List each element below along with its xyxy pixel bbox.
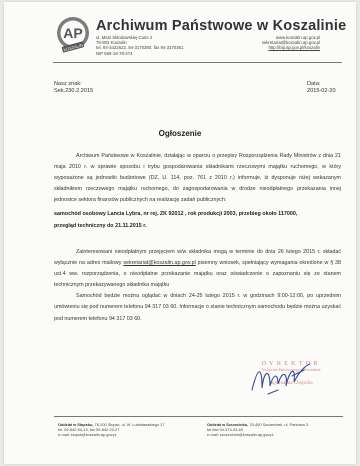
organization-contacts: www.koszalin.ap.gov.pl sekretariat@kosza…: [262, 35, 320, 51]
organization-name: Archiwum Państwowe w Koszalinie: [96, 18, 346, 34]
intro-paragraph: Archiwum Państwowe w Koszalinie, działaj…: [54, 151, 341, 206]
item-description: samochód osobowy Lancia Lybra, nr rej. Z…: [54, 209, 344, 232]
reference-value: Sek.230.2.2015: [54, 88, 93, 95]
svg-text:AP: AP: [63, 25, 82, 41]
slupsk-email: e-mail: slupsk@koszalin.ap.gov.pl: [58, 432, 164, 437]
address-phone: tel. 94-3422622, 94-3170380, fax 94-3170…: [96, 45, 183, 50]
reference-block: Nasz znak: Sek.230.2.2015: [54, 81, 93, 96]
header-divider: [53, 62, 342, 63]
application-paragraph: Zainteresowani nieodpłatnym przejęciem w…: [54, 247, 341, 291]
item-line-2: przegląd techniczny do 21.11.2015 r.: [54, 221, 344, 233]
footer-slupsk-branch: Oddział w Słupsku, 76-200 Słupsk, ul. W.…: [58, 422, 164, 437]
document-title: Ogłoszenie: [0, 129, 360, 138]
organization-address: ul. Marii Skłodowskiej-Curie 2 75-803 Ko…: [96, 35, 183, 56]
document-page: AP KOSZALIN Archiwum Państwowe w Koszali…: [4, 2, 356, 464]
item-line-1: samochód osobowy Lancia Lybra, nr rej. Z…: [54, 209, 344, 221]
szczecinek-street: 78-400 Szczecinek, ul. Parkowa 3: [248, 422, 308, 427]
body-paragraphs: Zainteresowani nieodpłatnym przejęciem w…: [54, 247, 341, 325]
date-label: Data:: [307, 81, 336, 88]
reference-label: Nasz znak:: [54, 81, 93, 88]
body-paragraph-1: Archiwum Państwowe w Koszalinie, działaj…: [54, 151, 341, 206]
signature-icon: [248, 360, 318, 400]
date-block: Data: 2015-02-20: [307, 81, 336, 96]
email-link[interactable]: sekretariat@koszalin.ap.gov.pl: [123, 260, 195, 266]
szczecinek-email: e-mail: szczecinek@koszalin.ap.gov.pl: [207, 432, 308, 437]
address-nip: NIP 669-18-78-374: [96, 51, 183, 56]
ap-logo: AP KOSZALIN: [54, 15, 92, 53]
footer-divider: [54, 416, 343, 417]
footer-szczecinek-branch: Oddział w Szczecinku, 78-400 Szczecinek,…: [207, 422, 308, 437]
date-value: 2015-02-20: [307, 88, 336, 95]
bip-link[interactable]: http://bip.ap.gov.pl/koszalin: [262, 45, 320, 50]
viewing-paragraph: Samochód będzie można oglądać w dniach 2…: [54, 291, 341, 324]
